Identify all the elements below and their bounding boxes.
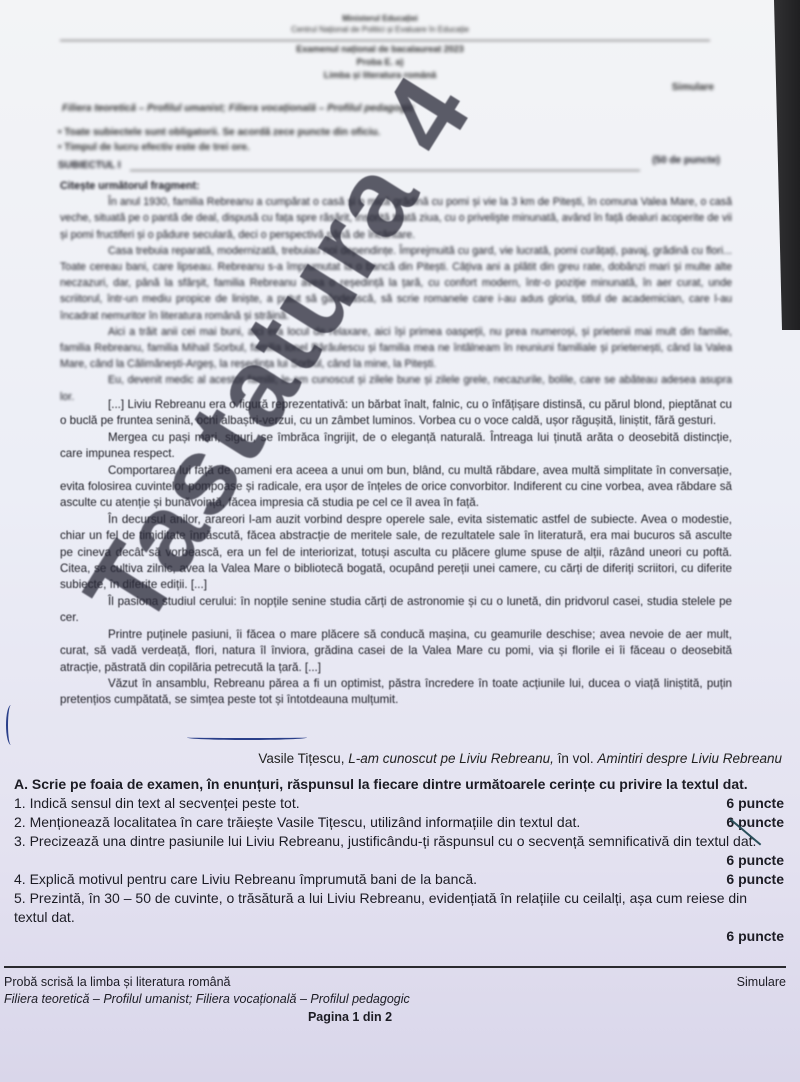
requirement-text: 4. Explică motivul pentru care Liviu Reb… (14, 870, 477, 889)
pen-bracket-mark (6, 705, 16, 745)
requirement-3: 3. Precizează una dintre pasiunile lui L… (14, 832, 784, 870)
requirement-4: 4. Explică motivul pentru care Liviu Reb… (14, 870, 784, 889)
requirement-5: 5. Prezintă, în 30 – 50 de cuvinte, o tr… (14, 889, 784, 946)
footer-exam: Probă scrisă la limba și literatura româ… (4, 975, 230, 989)
source-volume: Amintiri despre Liviu Rebreanu (597, 751, 782, 766)
requirements: A. Scrie pe foaia de examen, în enunțuri… (14, 775, 784, 946)
header-rule (60, 40, 710, 41)
center-name: Centrul Național de Politici și Evaluare… (0, 25, 760, 34)
pen-underline-mark (187, 735, 307, 740)
page-number: Pagina 1 din 2 (0, 1010, 700, 1024)
source-title: L-am cunoscut pe Liviu Rebreanu, (348, 751, 554, 766)
requirement-points: 6 puncte (14, 851, 784, 870)
requirement-points: 6 puncte (726, 870, 784, 889)
requirement-points: 6 puncte (14, 927, 784, 946)
requirement-text: 2. Menționează localitatea în care trăie… (14, 813, 580, 832)
requirement-1: 1. Indică sensul din text al secvenței p… (14, 794, 784, 813)
footer-simulare: Simulare (737, 975, 786, 989)
section-points: (50 de puncte) (652, 155, 720, 166)
requirement-text: 1. Indică sensul din text al secvenței p… (14, 794, 300, 813)
source-citation: Vasile Tițescu, L-am cunoscut pe Liviu R… (258, 751, 782, 766)
requirement-text: 3. Precizează una dintre pasiunile lui L… (14, 833, 756, 849)
source-author: Vasile Tițescu, (258, 751, 344, 766)
footer-filiera: Filiera teoretică – Profilul umanist; Fi… (4, 992, 410, 1006)
exam-page: Ministerul Educației Centrul Național de… (0, 0, 800, 1082)
requirement-2: 2. Menționează localitatea în care trăie… (14, 813, 784, 832)
paragraph: Aici a trăit anii cei mai buni, aici era… (60, 324, 732, 373)
simulare-label: Simulare (672, 82, 714, 93)
section-title: SUBIECTUL I (58, 160, 121, 171)
exam-title: Examenul național de bacalaureat 2023 (0, 44, 760, 54)
requirement-text: 5. Prezintă, în 30 – 50 de cuvinte, o tr… (14, 890, 747, 925)
paragraph: Văzut în ansamblu, Rebreanu părea a fi u… (60, 676, 732, 709)
requirements-intro: A. Scrie pe foaia de examen, în enunțuri… (14, 775, 784, 794)
footer-rule (4, 966, 786, 968)
instruction-bullet-2: • Timpul de lucru efectiv este de trei o… (58, 142, 250, 153)
requirement-points: 6 puncte (726, 794, 784, 813)
ministry: Ministerul Educației (0, 14, 760, 23)
source-in: în vol. (558, 751, 594, 766)
instruction-bullet-1: • Toate subiectele sunt obligatorii. Se … (58, 127, 380, 138)
